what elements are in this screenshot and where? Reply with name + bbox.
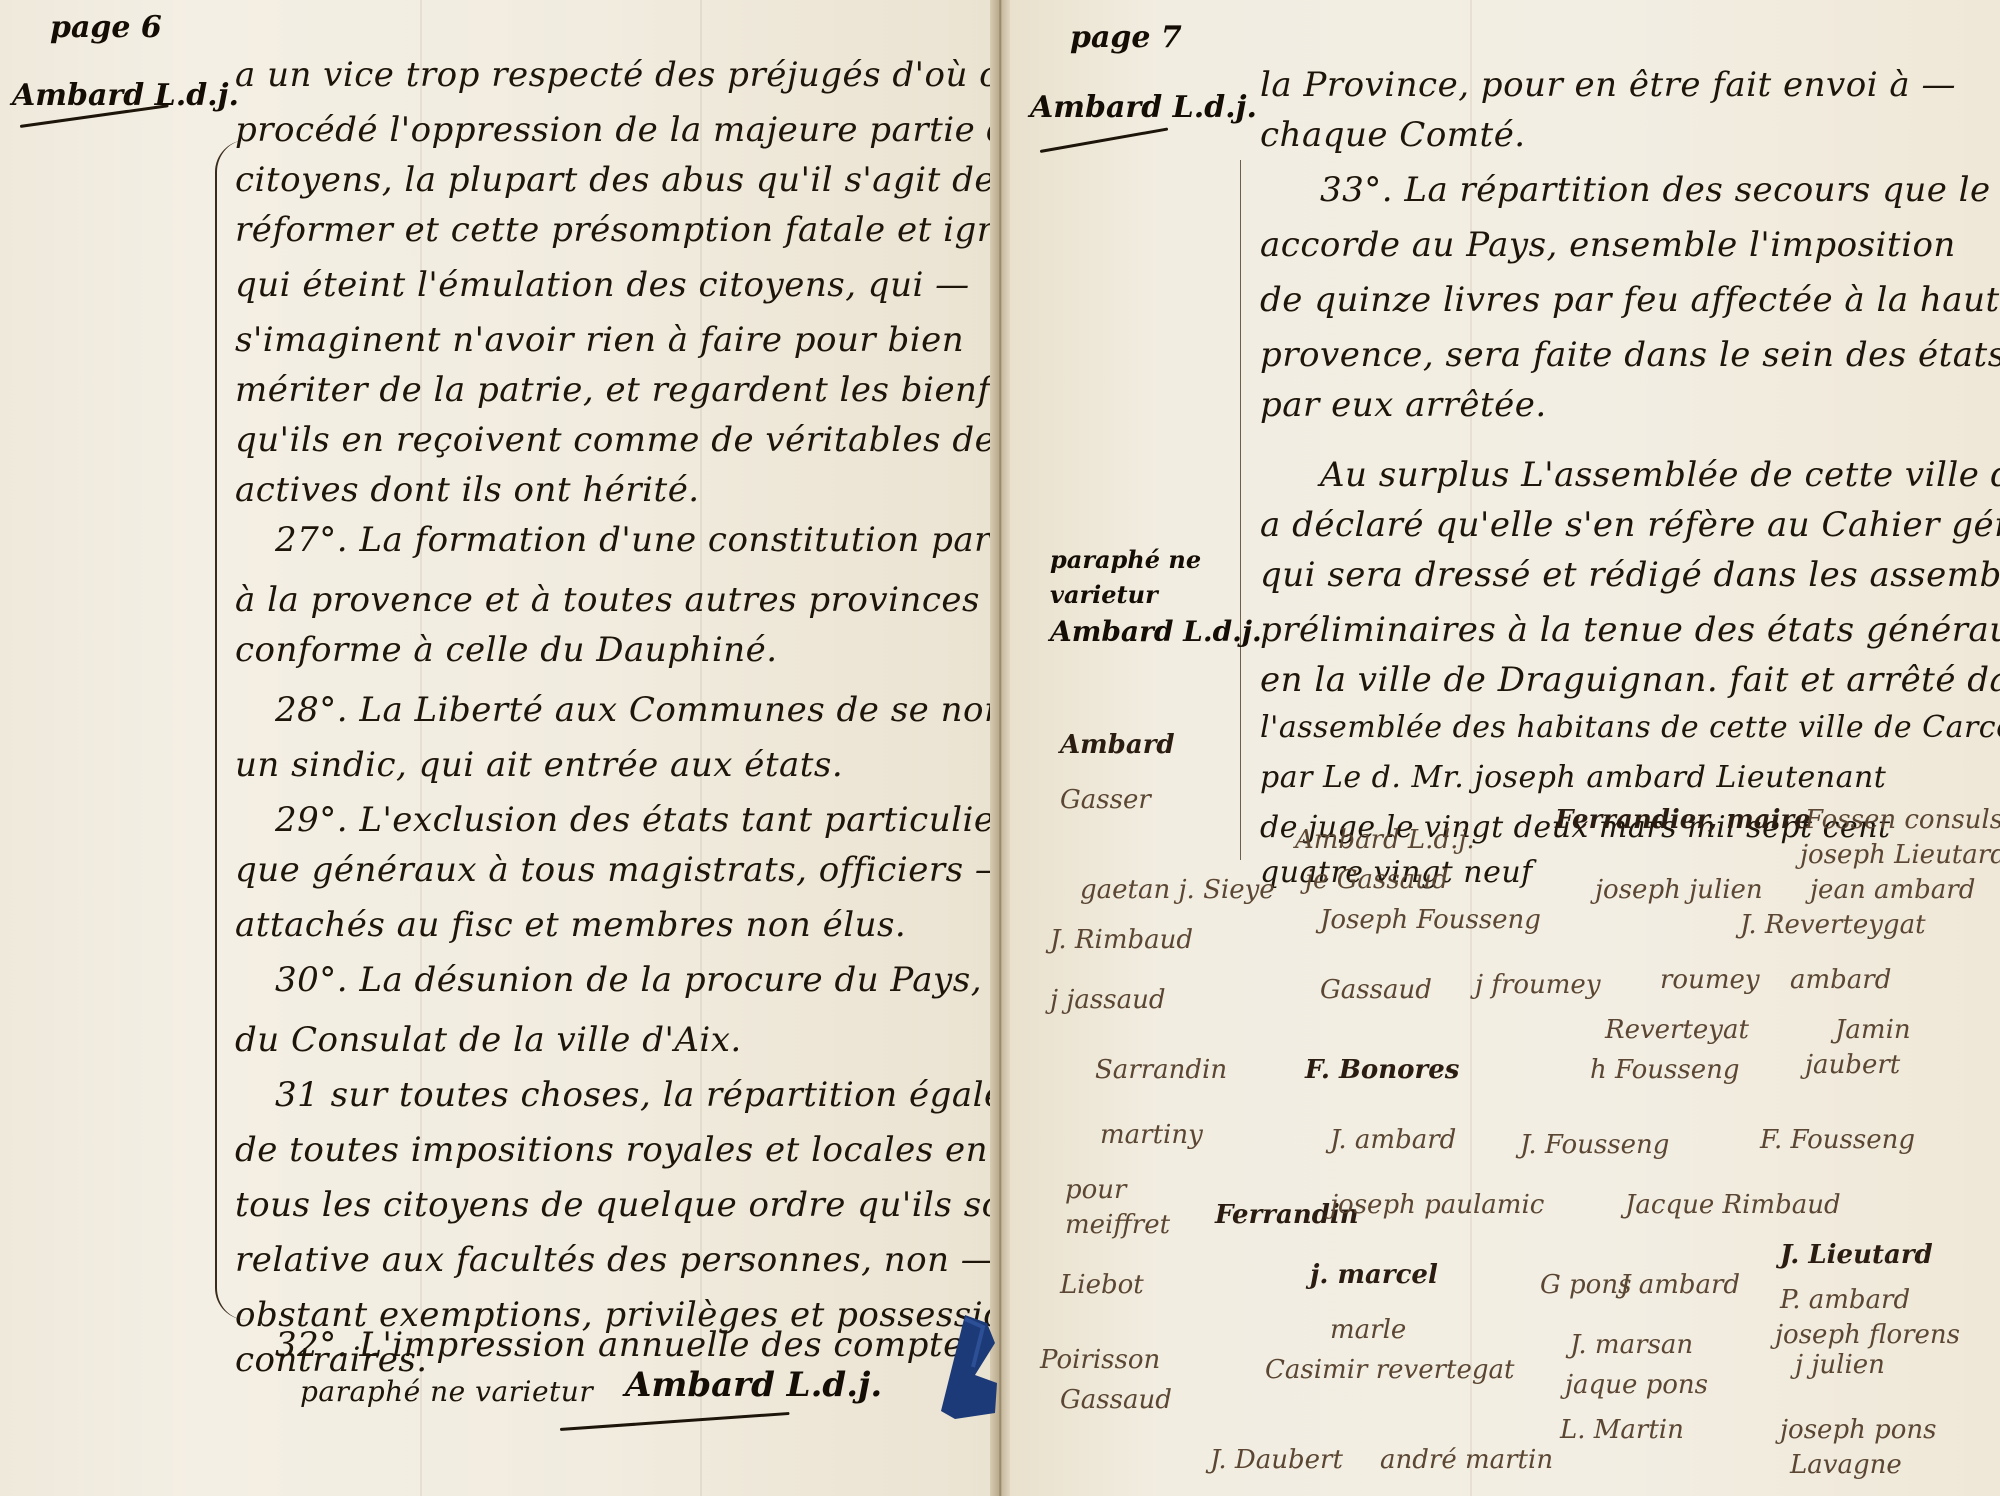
- signature: joseph julien: [1595, 875, 1763, 905]
- text-line: de quinze livres par feu affectée à la h…: [1260, 280, 2000, 320]
- signature: Jacque Rimbaud: [1625, 1190, 1841, 1220]
- signature-flourish: [560, 1412, 790, 1431]
- text-line: que généraux à tous magistrats, officier…: [235, 850, 990, 890]
- signature: Sarrandin: [1095, 1055, 1227, 1085]
- text-line: réformer et cette présomption fatale et …: [235, 210, 990, 250]
- signature: Fossen consuls: [1805, 805, 2000, 835]
- signature: roumey: [1660, 965, 1760, 995]
- text-line: par eux arrêtée.: [1260, 385, 1547, 425]
- signature: joseph paulamic: [1330, 1190, 1544, 1220]
- signature: andré martin: [1380, 1445, 1553, 1475]
- text-line: s'imaginent n'avoir rien à faire pour bi…: [235, 320, 964, 360]
- signature: Joseph Fousseng: [1320, 905, 1541, 935]
- signature: Ambard: [1060, 730, 1175, 760]
- text-line: tous les citoyens de quelque ordre qu'il…: [235, 1185, 990, 1225]
- text-line: citoyens, la plupart des abus qu'il s'ag…: [235, 160, 990, 200]
- margin-signature: Ambard L.d.j.: [12, 78, 239, 113]
- margin-signature: Ambard L.d.j.: [1030, 90, 1257, 125]
- text-line: 27°. La formation d'une constitution par…: [275, 520, 990, 560]
- signature: Gassaud: [1320, 975, 1432, 1005]
- footer-signature: Ambard L.d.j.: [625, 1365, 882, 1405]
- text-line: la Province, pour en être fait envoi à —: [1260, 65, 1956, 105]
- signature: jaubert: [1805, 1050, 1900, 1080]
- signature: J. Fousseng: [1520, 1130, 1669, 1160]
- signature: Liebot: [1060, 1270, 1144, 1300]
- text-line: 30°. La désunion de la procure du Pays,: [275, 960, 982, 1000]
- signature: gaetan j. Sieye: [1080, 875, 1275, 905]
- signature: J. Reverteygat: [1740, 910, 1926, 940]
- signature: F. Fousseng: [1760, 1125, 1915, 1155]
- text-line: un sindic, qui ait entrée aux états.: [235, 745, 843, 785]
- text-line: 31 sur toutes choses, la répartition éga…: [275, 1075, 990, 1115]
- text-line: du Consulat de la ville d'Aix.: [235, 1020, 742, 1060]
- text-line: mériter de la patrie, et regardent les b…: [235, 370, 990, 410]
- text-line: 32°. L'impression annuelle des comptes d…: [275, 1325, 990, 1365]
- margin-signature: Ambard L.d.j.: [1050, 615, 1262, 648]
- text-line: attachés au fisc et membres non élus.: [235, 905, 906, 945]
- signature: Ferrandier, maire: [1555, 805, 1811, 835]
- signature-flourish: [1040, 127, 1169, 153]
- text-line: 28°. La Liberté aux Communes de se nomme…: [275, 690, 990, 730]
- text-line: chaque Comté.: [1260, 115, 1526, 155]
- text-line: relative aux facultés des personnes, non…: [235, 1240, 990, 1280]
- text-line: par Le d. Mr. joseph ambard Lieutenant: [1260, 760, 1886, 795]
- signature: Poirisson: [1040, 1345, 1160, 1375]
- page-number-label: page 6: [50, 10, 162, 45]
- signature: J ambard: [1620, 1270, 1740, 1300]
- signature: joseph florens: [1775, 1320, 1960, 1350]
- signature: je Gassaud: [1305, 865, 1449, 895]
- text-line: Au surplus L'assemblée de cette ville de…: [1320, 455, 2000, 495]
- signature: meiffret: [1065, 1210, 1170, 1240]
- signature: Reverteyat: [1605, 1015, 1749, 1045]
- signature: marle: [1330, 1315, 1406, 1345]
- signature: h Fousseng: [1590, 1055, 1740, 1085]
- signature: Casimir revertegat: [1265, 1355, 1514, 1385]
- signature: Gasser: [1060, 785, 1151, 815]
- text-line: a un vice trop respecté des préjugés d'o…: [235, 55, 990, 95]
- signature: J. Daubert: [1210, 1445, 1343, 1475]
- signature: j. marcel: [1310, 1260, 1438, 1290]
- signature: J. Lieutard: [1780, 1240, 1933, 1270]
- signature: joseph Lieutard: [1800, 840, 2000, 870]
- book-gutter: [990, 0, 1010, 1496]
- page-number-label: page 7: [1070, 20, 1182, 55]
- signature: L. Martin: [1560, 1415, 1684, 1445]
- blue-ribbon-binding: [935, 1315, 1005, 1425]
- text-line: de toutes impositions royales et locales…: [235, 1130, 990, 1170]
- signature: J. Rimbaud: [1050, 925, 1193, 955]
- signature: F. Bonores: [1305, 1055, 1459, 1085]
- text-line: qui éteint l'émulation des citoyens, qui…: [235, 265, 970, 305]
- signature: G pons: [1540, 1270, 1631, 1300]
- text-line: préliminaires à la tenue des états génér…: [1260, 610, 2000, 650]
- signature: pour: [1065, 1175, 1126, 1205]
- signature: martiny: [1100, 1120, 1203, 1150]
- text-line: qu'ils en reçoivent comme de véritables …: [235, 420, 990, 460]
- signature: jean ambard: [1810, 875, 1975, 905]
- paraphe-note: varietur: [1050, 580, 1158, 609]
- signature: Gassaud: [1060, 1385, 1172, 1415]
- paraphe-note: paraphé ne: [1050, 545, 1201, 574]
- signature: Lavagne: [1790, 1450, 1902, 1480]
- text-line: a déclaré qu'elle s'en réfère au Cahier …: [1260, 505, 2000, 545]
- signature: Jamin: [1835, 1015, 1911, 1045]
- left-page: page 6 Ambard L.d.j. a un vice trop resp…: [0, 0, 990, 1496]
- text-line: accorde au Pays, ensemble l'imposition: [1260, 225, 1956, 265]
- text-line: conforme à celle du Dauphiné.: [235, 630, 778, 670]
- signature: ambard: [1790, 965, 1891, 995]
- margin-rule: [1240, 160, 1241, 860]
- text-line: 33°. La répartition des secours que le R…: [1320, 170, 2000, 210]
- text-line: en la ville de Draguignan. fait et arrêt…: [1260, 660, 2000, 700]
- signature: j jassaud: [1050, 985, 1165, 1015]
- signature: j froumey: [1475, 970, 1601, 1000]
- signature: J. marsan: [1570, 1330, 1693, 1360]
- signature: joseph pons: [1780, 1415, 1936, 1445]
- paraphe-note: paraphé ne varietur: [300, 1375, 593, 1408]
- signature: jaque pons: [1565, 1370, 1708, 1400]
- text-line: à la provence et à toutes autres provinc…: [235, 580, 990, 620]
- signature: P. ambard: [1780, 1285, 1910, 1315]
- signature: j julien: [1795, 1350, 1885, 1380]
- text-line: 29°. L'exclusion des états tant particul…: [275, 800, 990, 840]
- signature: Ambard L.d.j.: [1295, 825, 1475, 855]
- text-line: l'assemblée des habitans de cette ville …: [1260, 710, 2000, 745]
- text-line: actives dont ils ont hérité.: [235, 470, 700, 510]
- text-line: procédé l'oppression de la majeure parti…: [235, 110, 990, 150]
- signature: J. ambard: [1330, 1125, 1456, 1155]
- text-line: provence, sera faite dans le sein des ét…: [1260, 335, 2000, 375]
- text-line: qui sera dressé et rédigé dans les assem…: [1260, 555, 2000, 595]
